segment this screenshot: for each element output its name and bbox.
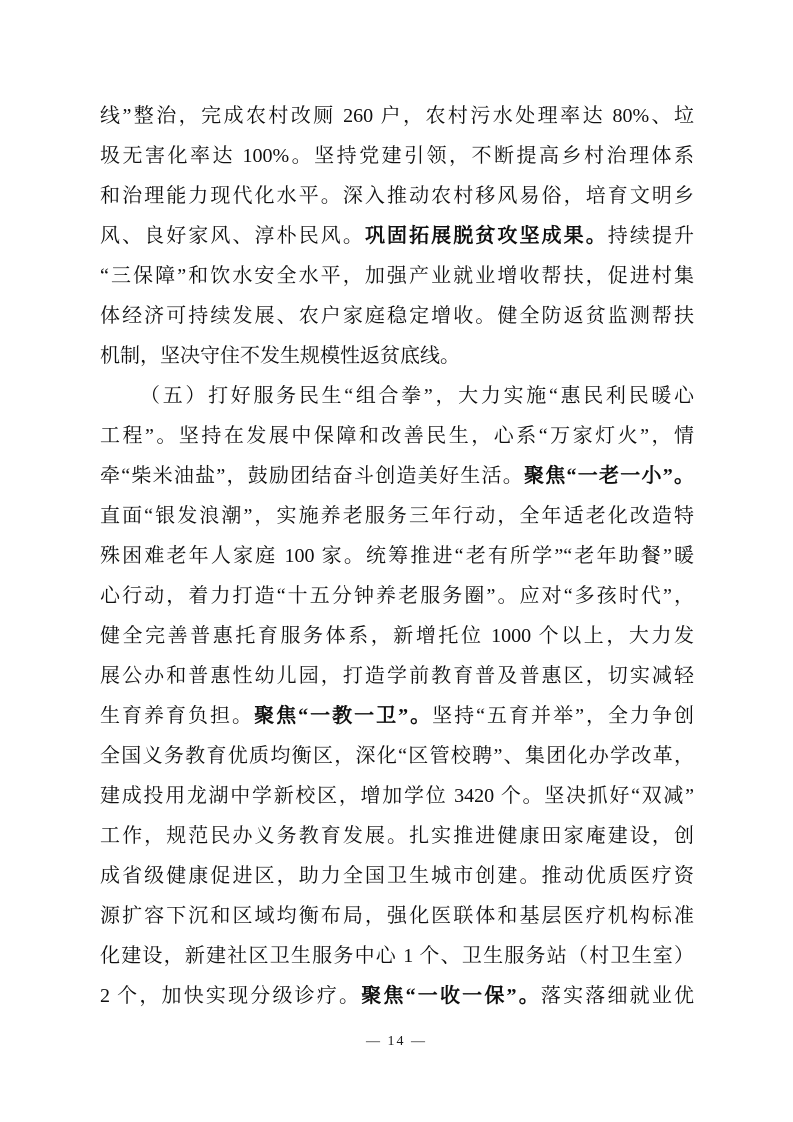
body-text: “三保障”和饮水安全水平，加强产业就业增收帮扶，促进村集 [100, 265, 694, 287]
document-body: 线”整治，完成农村改厕 260 户，农村污水处理率达 80%、垃圾无害化率达 1… [100, 96, 694, 1016]
paragraph: 线”整治，完成农村改厕 260 户，农村污水处理率达 80%、垃圾无害化率达 1… [100, 96, 694, 376]
text-line: 工程”。坚持在发展中保障和改善民生，心系“万家灯火”，情 [100, 416, 694, 456]
text-line: 心行动，着力打造“十五分钟养老服务圈”。应对“多孩时代”， [100, 576, 694, 616]
text-line: 风、良好家风、淳朴民风。巩固拓展脱贫攻坚成果。持续提升 [100, 216, 694, 256]
body-text: 心行动，着力打造“十五分钟养老服务圈”。应对“多孩时代”， [100, 585, 694, 607]
body-text: 工程”。坚持在发展中保障和改善民生，心系“万家灯火”，情 [100, 425, 694, 447]
text-line: 展公办和普惠性幼儿园，打造学前教育普及普惠区，切实减轻 [100, 656, 694, 696]
body-text: 机制，坚决守住不发生规模性返贫底线。 [100, 345, 460, 367]
body-text: 和治理能力现代化水平。深入推动农村移风易俗，培育文明乡 [100, 185, 694, 207]
text-line: 源扩容下沉和区域均衡布局，强化医联体和基层医疗机构标准 [100, 896, 694, 936]
body-text: 体经济可持续发展、农户家庭稳定增收。健全防返贫监测帮扶 [100, 305, 694, 327]
body-text: 圾无害化率达 100%。坚持党建引领，不断提高乡村治理体系 [100, 145, 694, 167]
text-line: 体经济可持续发展、农户家庭稳定增收。健全防返贫监测帮扶 [100, 296, 694, 336]
body-text: 全国义务教育优质均衡区，深化“区管校聘”、集团化办学改革， [100, 745, 694, 767]
body-text: 化建设，新建社区卫生服务中心 1 个、卫生服务站（村卫生室） [100, 945, 694, 967]
text-line: 全国义务教育优质均衡区，深化“区管校聘”、集团化办学改革， [100, 736, 694, 776]
body-text: 工作，规范民办义务教育发展。扎实推进健康田家庵建设，创 [100, 825, 694, 847]
body-text: 源扩容下沉和区域均衡布局，强化医联体和基层医疗机构标准 [100, 905, 694, 927]
text-line: 生育养育负担。聚焦“一教一卫”。坚持“五育并举”，全力争创 [100, 696, 694, 736]
body-text: 牵“柴米油盐”，鼓励团结奋斗创造美好生活。 [100, 465, 524, 487]
body-text: 风、良好家风、淳朴民风。 [100, 225, 365, 247]
body-text: 持续提升 [608, 225, 694, 247]
text-line: 建成投用龙湖中学新校区，增加学位 3420 个。坚决抓好“双减” [100, 776, 694, 816]
text-line: 线”整治，完成农村改厕 260 户，农村污水处理率达 80%、垃 [100, 96, 694, 136]
emphasis-text: 巩固拓展脱贫攻坚成果。 [365, 225, 608, 247]
emphasis-text: 聚焦“一老一小”。 [524, 465, 694, 487]
document-page: 线”整治，完成农村改厕 260 户，农村污水处理率达 80%、垃圾无害化率达 1… [0, 0, 793, 1122]
text-line: 化建设，新建社区卫生服务中心 1 个、卫生服务站（村卫生室） [100, 936, 694, 976]
text-line: “三保障”和饮水安全水平，加强产业就业增收帮扶，促进村集 [100, 256, 694, 296]
text-line: 圾无害化率达 100%。坚持党建引领，不断提高乡村治理体系 [100, 136, 694, 176]
text-line: 殊困难老年人家庭 100 家。统筹推进“老有所学”“老年助餐”暖 [100, 536, 694, 576]
body-text: 生育养育负担。 [100, 705, 254, 727]
text-line: 和治理能力现代化水平。深入推动农村移风易俗，培育文明乡 [100, 176, 694, 216]
text-line: 牵“柴米油盐”，鼓励团结奋斗创造美好生活。聚焦“一老一小”。 [100, 456, 694, 496]
emphasis-text: 聚焦“一教一卫”。 [254, 705, 432, 727]
body-text: 成省级健康促进区，助力全国卫生城市创建。推动优质医疗资 [100, 865, 694, 887]
body-text: 线”整治，完成农村改厕 260 户，农村污水处理率达 80%、垃 [100, 105, 694, 127]
body-text: 2 个，加快实现分级诊疗。 [100, 985, 361, 1007]
paragraph: （五）打好服务民生“组合拳”，大力实施“惠民利民暖心工程”。坚持在发展中保障和改… [100, 376, 694, 1016]
text-line: 机制，坚决守住不发生规模性返贫底线。 [100, 336, 694, 376]
text-line: 直面“银发浪潮”，实施养老服务三年行动，全年适老化改造特 [100, 496, 694, 536]
body-text: 殊困难老年人家庭 100 家。统筹推进“老有所学”“老年助餐”暖 [100, 545, 694, 567]
body-text: 健全完善普惠托育服务体系，新增托位 1000 个以上，大力发 [100, 625, 694, 647]
body-text: 落实落细就业优 [541, 985, 694, 1007]
text-line: 2 个，加快实现分级诊疗。聚焦“一收一保”。落实落细就业优 [100, 976, 694, 1016]
body-text: 直面“银发浪潮”，实施养老服务三年行动，全年适老化改造特 [100, 505, 694, 527]
text-line: （五）打好服务民生“组合拳”，大力实施“惠民利民暖心 [100, 376, 694, 416]
text-line: 工作，规范民办义务教育发展。扎实推进健康田家庵建设，创 [100, 816, 694, 856]
emphasis-text: 聚焦“一收一保”。 [361, 985, 541, 1007]
body-text: （五）打好服务民生“组合拳”，大力实施“惠民利民暖心 [140, 385, 694, 407]
text-line: 健全完善普惠托育服务体系，新增托位 1000 个以上，大力发 [100, 616, 694, 656]
body-text: 展公办和普惠性幼儿园，打造学前教育普及普惠区，切实减轻 [100, 665, 694, 687]
text-line: 成省级健康促进区，助力全国卫生城市创建。推动优质医疗资 [100, 856, 694, 896]
body-text: 坚持“五育并举”，全力争创 [432, 705, 694, 727]
body-text: 建成投用龙湖中学新校区，增加学位 3420 个。坚决抓好“双减” [100, 785, 694, 807]
page-number: — 14 — [0, 1034, 793, 1050]
